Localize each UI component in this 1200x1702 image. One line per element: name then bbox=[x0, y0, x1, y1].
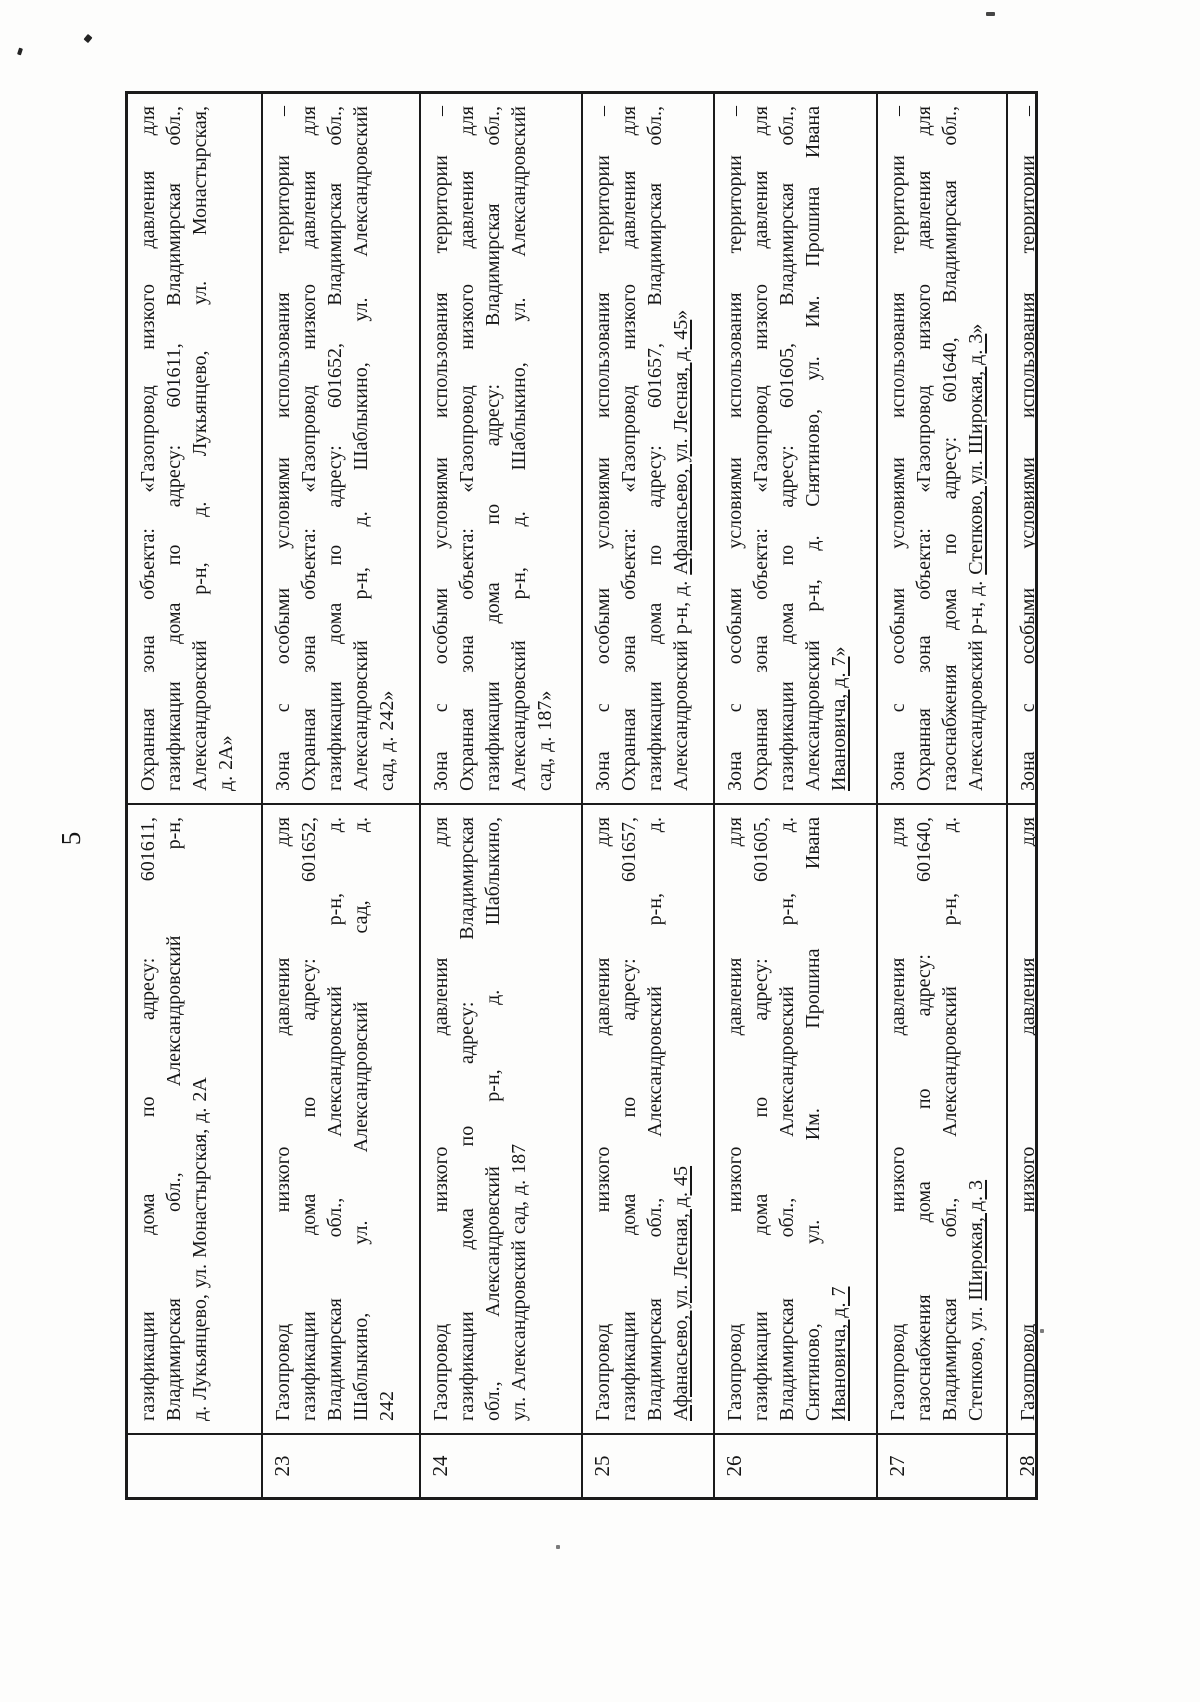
row-number-cell bbox=[128, 1433, 261, 1497]
table-row-25: 25 Газопровод низкого давления длягазифи… bbox=[583, 94, 715, 1497]
protection-zone-cell: Охранная зона объекта: «Газопровод низко… bbox=[128, 94, 261, 803]
protection-zone-cell: Зона с особыми условиями использования т… bbox=[878, 94, 1006, 803]
object-description-cell: Газопровод низкого давления длягазификац… bbox=[263, 803, 419, 1433]
table-row-26: 26 Газопровод низкого давления длягазифи… bbox=[715, 94, 878, 1497]
object-description-cell: Газопровод низкого давления длягазификац… bbox=[715, 803, 876, 1433]
row-number-cell: 25 bbox=[583, 1433, 713, 1497]
protection-zone-cell: Зона с особыми условиями использования т… bbox=[421, 94, 581, 803]
row-number-cell: 23 bbox=[263, 1433, 419, 1497]
object-description-cell: Газопровод низкого давления длягазоснабж… bbox=[878, 803, 1006, 1433]
row-number-cell: 24 bbox=[421, 1433, 581, 1497]
table-row-continuation: газификации дома по адресу: 601611,Влади… bbox=[128, 94, 263, 1497]
rotated-page-content: 5 газификации дома по адресу: 601611,Вла… bbox=[0, 0, 1200, 1702]
protection-zones-table: газификации дома по адресу: 601611,Влади… bbox=[125, 91, 1038, 1500]
table-row-23: 23 Газопровод низкого давления длягазифи… bbox=[263, 94, 421, 1497]
object-description-cell: газификации дома по адресу: 601611,Влади… bbox=[128, 803, 261, 1433]
object-description-cell: Газопровод низкого давления длягазификац… bbox=[421, 803, 581, 1433]
protection-zone-cell: Зона с особыми условиями использования т… bbox=[715, 94, 876, 803]
scanned-document-page: 5 газификации дома по адресу: 601611,Вла… bbox=[0, 0, 1200, 1702]
protection-zone-cell: Зона с особыми условиями использования т… bbox=[583, 94, 713, 803]
row-number-cell: 27 bbox=[878, 1433, 1006, 1497]
object-description-cell: Газопровод низкого давления для bbox=[1008, 803, 1035, 1433]
table-row-27: 27 Газопровод низкого давления длягазосн… bbox=[878, 94, 1008, 1497]
protection-zone-cell: Зона с особыми условиями использования т… bbox=[263, 94, 419, 803]
row-number-cell: 28 bbox=[1008, 1433, 1035, 1497]
object-description-cell: Газопровод низкого давления длягазификац… bbox=[583, 803, 713, 1433]
table-row-24: 24 Газопровод низкого давления длягазифи… bbox=[421, 94, 583, 1497]
protection-zone-cell: Зона с особыми условиями использования т… bbox=[1008, 94, 1035, 803]
table-row-28: 28 Газопровод низкого давления для Зона … bbox=[1008, 94, 1035, 1497]
row-number-cell: 26 bbox=[715, 1433, 876, 1497]
page-number: 5 bbox=[56, 814, 87, 862]
